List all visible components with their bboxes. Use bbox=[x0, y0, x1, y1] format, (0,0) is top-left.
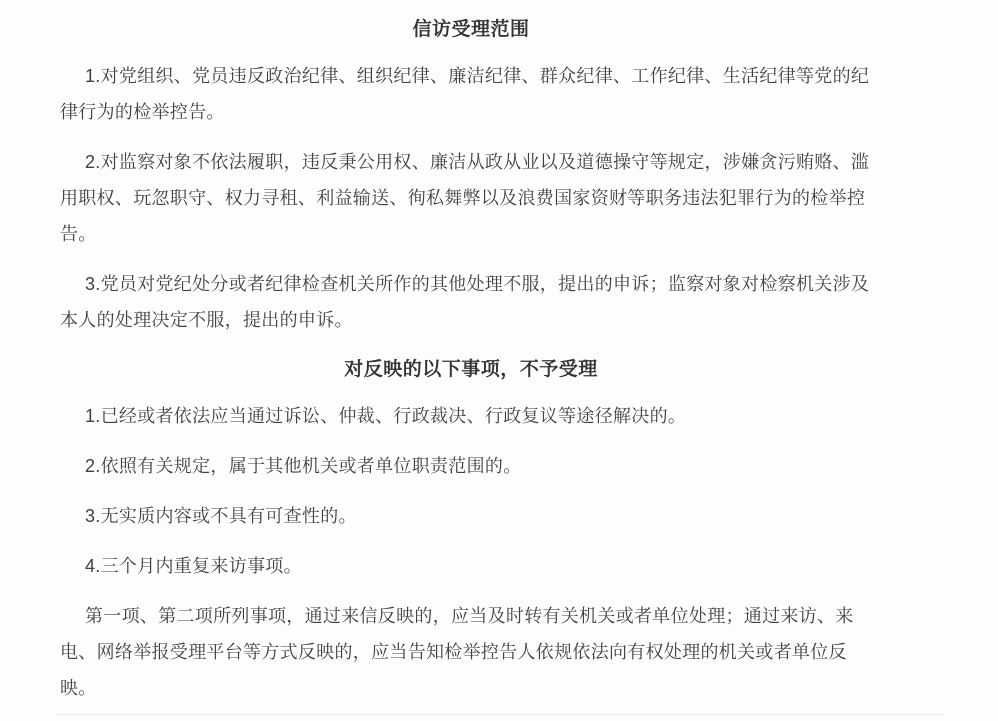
section-acceptance-title: 信访受理范围 bbox=[60, 12, 882, 48]
page: { "page": { "background_color": "#fdfdfd… bbox=[0, 0, 998, 721]
rejection-item-4: 4.三个月内重复来访事项。 bbox=[60, 548, 882, 584]
rejection-item-1: 1.已经或者依法应当通过诉讼、仲裁、行政裁决、行政复议等途径解决的。 bbox=[60, 398, 882, 434]
section-rejection-title: 对反映的以下事项，不予受理 bbox=[60, 352, 882, 388]
acceptance-paragraph-2: 2.对监察对象不依法履职，违反秉公用权、廉洁从政从业以及道德操守等规定，涉嫌贪污… bbox=[60, 144, 882, 252]
bottom-divider bbox=[55, 714, 945, 715]
rejection-item-2: 2.依照有关规定，属于其他机关或者单位职责范围的。 bbox=[60, 448, 882, 484]
petition-document: 信访受理范围 1.对党组织、党员违反政治纪律、组织纪律、廉洁纪律、群众纪律、工作… bbox=[60, 0, 882, 706]
rejection-item-3: 3.无实质内容或不具有可查性的。 bbox=[60, 498, 882, 534]
rejection-closing-paragraph: 第一项、第二项所列事项，通过来信反映的，应当及时转有关机关或者单位处理；通过来访… bbox=[60, 598, 882, 706]
acceptance-paragraph-3: 3.党员对党纪处分或者纪律检查机关所作的其他处理不服，提出的申诉；监察对象对检察… bbox=[60, 266, 882, 338]
acceptance-paragraph-1: 1.对党组织、党员违反政治纪律、组织纪律、廉洁纪律、群众纪律、工作纪律、生活纪律… bbox=[60, 58, 882, 130]
